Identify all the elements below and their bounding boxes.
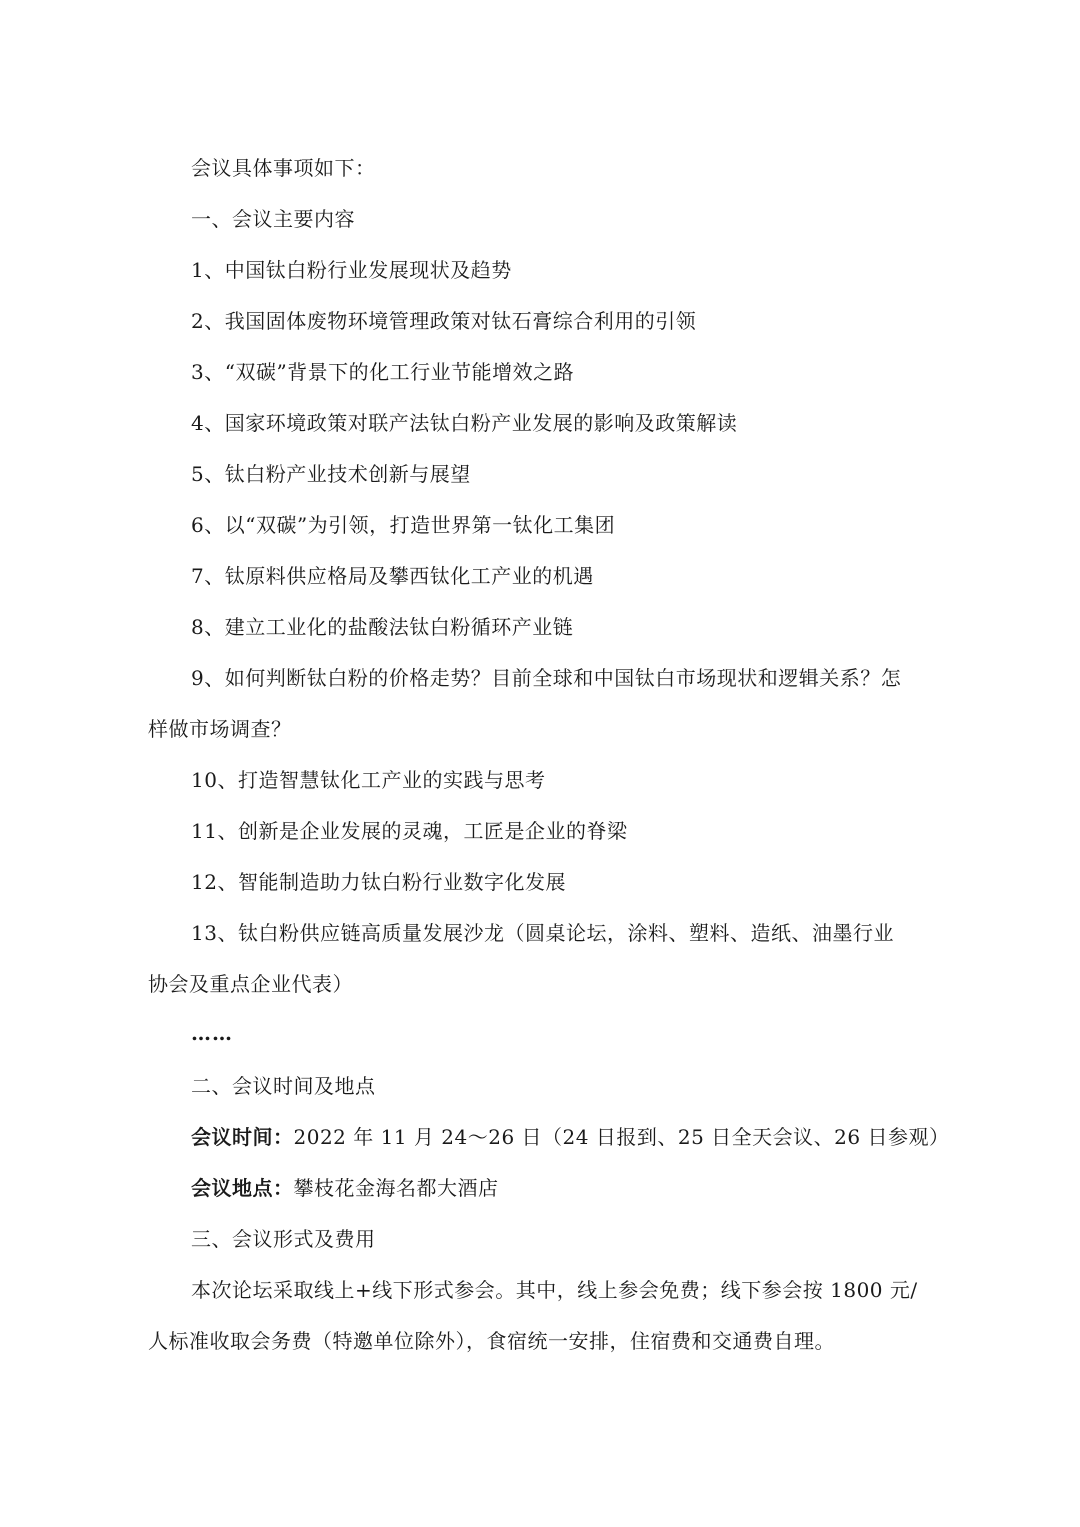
agenda-item-1: 1、中国钛白粉行业发展现状及趋势 <box>191 257 512 283</box>
agenda-item-12: 12、智能制造助力钛白粉行业数字化发展 <box>191 869 566 895</box>
agenda-item-5: 5、钛白粉产业技术创新与展望 <box>191 461 471 487</box>
intro-text: 会议具体事项如下： <box>191 155 376 181</box>
fees-paragraph-line-2: 人标准收取会务费（特邀单位除外），食宿统一安排，住宿费和交通费自理。 <box>148 1328 835 1354</box>
agenda-item-9-continued: 样做市场调查？ <box>148 716 292 742</box>
section-heading-format-fees: 三、会议形式及费用 <box>191 1226 376 1252</box>
meeting-place-value: 攀枝花金海名都大酒店 <box>294 1176 499 1200</box>
agenda-item-13: 13、钛白粉供应链高质量发展沙龙（圆桌论坛，涂料、塑料、造纸、油墨行业 <box>191 920 894 946</box>
document-page: 会议具体事项如下： 一、会议主要内容 1、中国钛白粉行业发展现状及趋势 2、我国… <box>0 0 1080 1527</box>
meeting-place: 会议地点：攀枝花金海名都大酒店 <box>191 1175 499 1201</box>
meeting-place-label: 会议地点： <box>191 1176 294 1200</box>
agenda-item-13-continued: 协会及重点企业代表） <box>148 971 353 997</box>
agenda-item-7: 7、钛原料供应格局及攀西钛化工产业的机遇 <box>191 563 594 589</box>
meeting-time-label: 会议时间： <box>191 1125 294 1149</box>
section-heading-time-place: 二、会议时间及地点 <box>191 1073 376 1099</box>
agenda-item-10: 10、打造智慧钛化工产业的实践与思考 <box>191 767 545 793</box>
ellipsis: …… <box>191 1020 233 1046</box>
agenda-item-8: 8、建立工业化的盐酸法钛白粉循环产业链 <box>191 614 573 640</box>
section-heading-content: 一、会议主要内容 <box>191 206 355 232</box>
agenda-item-6: 6、以“双碳”为引领，打造世界第一钛化工集团 <box>191 512 615 538</box>
agenda-item-3: 3、“双碳”背景下的化工行业节能增效之路 <box>191 359 574 385</box>
agenda-item-11: 11、创新是企业发展的灵魂，工匠是企业的脊梁 <box>191 818 627 844</box>
fees-paragraph-line-1: 本次论坛采取线上+线下形式参会。其中，线上参会免费；线下参会按 1800 元/ <box>191 1277 918 1303</box>
meeting-time-value: 2022 年 11 月 24～26 日（24 日报到、25 日全天会议、26 日… <box>294 1125 950 1149</box>
agenda-item-9: 9、如何判断钛白粉的价格走势？目前全球和中国钛白市场现状和逻辑关系？怎 <box>191 665 901 691</box>
agenda-item-2: 2、我国固体废物环境管理政策对钛石膏综合利用的引领 <box>191 308 696 334</box>
agenda-item-4: 4、国家环境政策对联产法钛白粉产业发展的影响及政策解读 <box>191 410 737 436</box>
meeting-time: 会议时间：2022 年 11 月 24～26 日（24 日报到、25 日全天会议… <box>191 1124 949 1150</box>
